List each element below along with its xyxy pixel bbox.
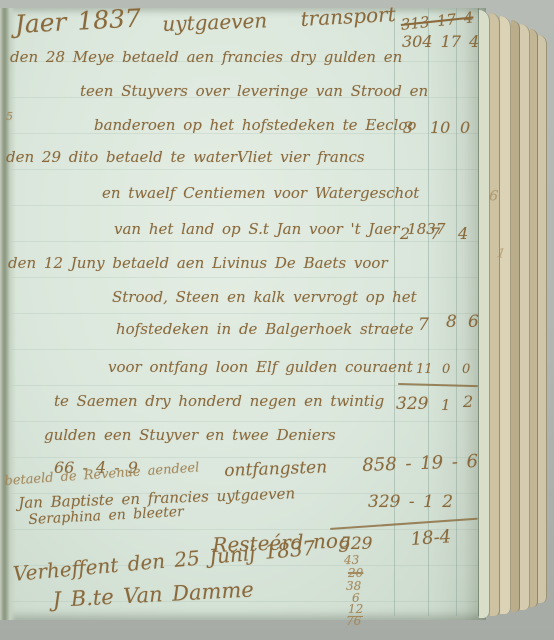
page-edge [530, 29, 538, 607]
page-edge [479, 10, 490, 618]
entry-line: den 29 dito betaeld te waterVliet vier f… [6, 148, 365, 166]
entry-line: en twaelf Centiemen voor Watergeschot [102, 184, 419, 202]
total-line: gulden een Stuyver en twee Deniers [44, 426, 336, 444]
ontfangsten-label: ontfangsten [224, 457, 327, 481]
entry-line: van het land op S.t Jan voor 't Jaer 183… [114, 220, 445, 238]
edge-bleed-digit: 6 [488, 188, 499, 205]
amount-gulden: 7 [418, 315, 429, 335]
page-edge [520, 24, 530, 610]
page-edge [490, 13, 500, 616]
total-stuyvers: 1 [441, 396, 451, 414]
scratch-figure: 76 [346, 614, 361, 628]
entry-line: banderoen op het hofstedeken te Eecloo [94, 116, 416, 134]
total-deniers: 2 [463, 392, 473, 411]
amount-deniers: 4 [458, 224, 468, 243]
scratch-figure: 43 [344, 553, 359, 567]
amount-stuyvers: 0 [442, 362, 450, 377]
manuscript-scan: Jaer 1837 uytgaeven transport 313 17 4 3… [0, 0, 554, 640]
resteert-gulden: 529 [340, 534, 372, 554]
amount-deniers: 0 [462, 362, 470, 377]
page-edge [500, 16, 511, 614]
entry-line: Strood, Steen en kalk vervrogt op het [112, 288, 417, 306]
page-edge [511, 20, 520, 612]
entry-line: den 12 Juny betaeld aen Livinus De Baets… [8, 254, 388, 272]
uytgaeven-amount: 329 - 1 2 [368, 492, 453, 512]
margin-mark: 5 [6, 110, 13, 123]
transport-amount: 304 17 4 [402, 32, 479, 51]
resteert-stuyvers-deniers: 18-4 [410, 526, 452, 550]
amount-gulden: 2 [400, 224, 410, 243]
amount-stuyvers: 7 [430, 224, 440, 243]
entry-line: teen Stuyvers over leveringe van Strood … [80, 82, 428, 100]
amount-stuyvers: 8 [446, 312, 457, 332]
amount-stuyvers: 10 [430, 118, 450, 137]
total-gulden: 329 [396, 394, 428, 414]
entry-line: voor ontfang loon Elf gulden couraent [108, 358, 413, 376]
scratch-figure: 20 [348, 566, 363, 580]
section-title-uytgaeven: uytgaeven [162, 8, 268, 36]
ontfangsten-amount: 858 - 19 - 6 [362, 451, 478, 476]
amount-gulden: 11 [416, 362, 433, 377]
amount-gulden: 3 [403, 118, 413, 137]
entry-line: hofstedeken in de Balgerhoek straete [116, 320, 414, 338]
total-line: te Saemen dry honderd negen en twintig [54, 392, 384, 410]
page-edge [538, 35, 547, 603]
binding-gutter [0, 8, 16, 620]
amount-deniers: 6 [468, 312, 479, 332]
amount-deniers: 0 [460, 118, 470, 137]
entry-line: den 28 Meye betaeld aen francies dry gul… [10, 48, 402, 66]
transport-label: transport [300, 2, 396, 31]
